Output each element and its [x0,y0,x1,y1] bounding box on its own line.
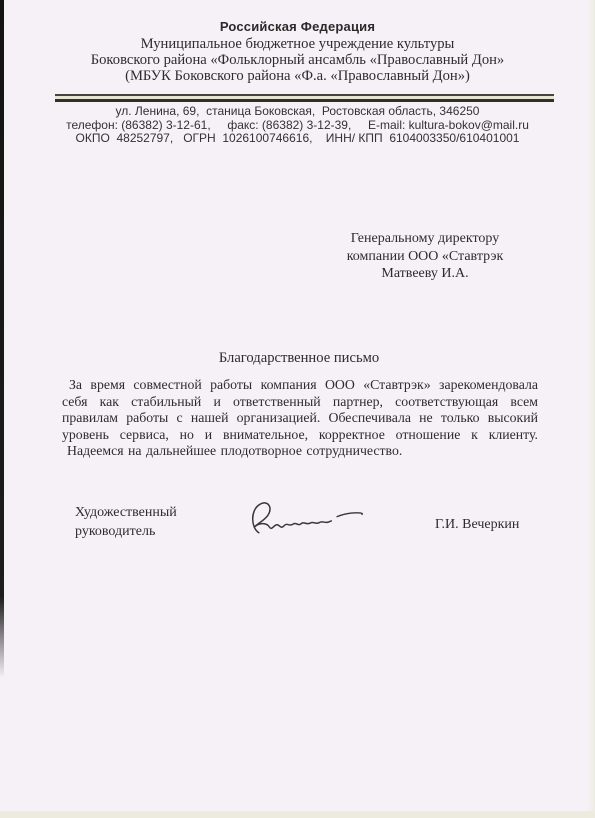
letter-paragraph-2: Надеемся на дальнейшее плодотворное сотр… [62,443,538,460]
recipient-line3: Матвееву И.А. [330,265,520,283]
scanned-letter-page: Российская Федерация Муниципальное бюдже… [0,0,595,818]
letter-body: За время совместной работы компания ООО … [62,377,538,460]
recipient-line1: Генеральному директору [330,230,520,248]
recipient-line2: компании ООО «Ставтрэк [330,248,520,266]
signer-position: Художественный руководитель [75,504,177,541]
letter-title: Благодарственное письмо [60,350,538,367]
letterhead-contact-block: ул. Ленина, 69, станица Боковская, Росто… [0,105,595,146]
letterhead-org-line2: Боковского района «Фольклорный ансамбль … [0,53,595,69]
letterhead-divider [55,94,554,102]
signer-name: Г.И. Вечеркин [435,517,519,533]
recipient-block: Генеральному директору компании ООО «Ста… [330,230,520,283]
letterhead-org-line3: (МБУК Боковского района «Ф.а. «Православ… [0,69,595,85]
letterhead-address: ул. Ленина, 69, станица Боковская, Росто… [0,105,595,119]
signer-position-line1: Художественный [75,504,177,523]
scan-edge-artifact-bottom [0,811,595,818]
letterhead-organization: Муниципальное бюджетное учреждение культ… [0,37,595,84]
letterhead-registry-codes: ОКПО 48252797, ОГРН 1026100746616, ИНН/ … [0,132,595,146]
handwritten-signature-ink [243,490,379,543]
scan-edge-artifact-left [0,0,4,678]
letterhead-org-line1: Муниципальное бюджетное учреждение культ… [0,37,595,53]
letter-paragraph-1: За время совместной работы компания ООО … [62,377,538,443]
letterhead-country: Российская Федерация [0,19,595,34]
signer-position-line2: руководитель [75,523,177,542]
letterhead-phones-email: телефон: (86382) 3-12-61, факс: (86382) … [0,119,595,133]
